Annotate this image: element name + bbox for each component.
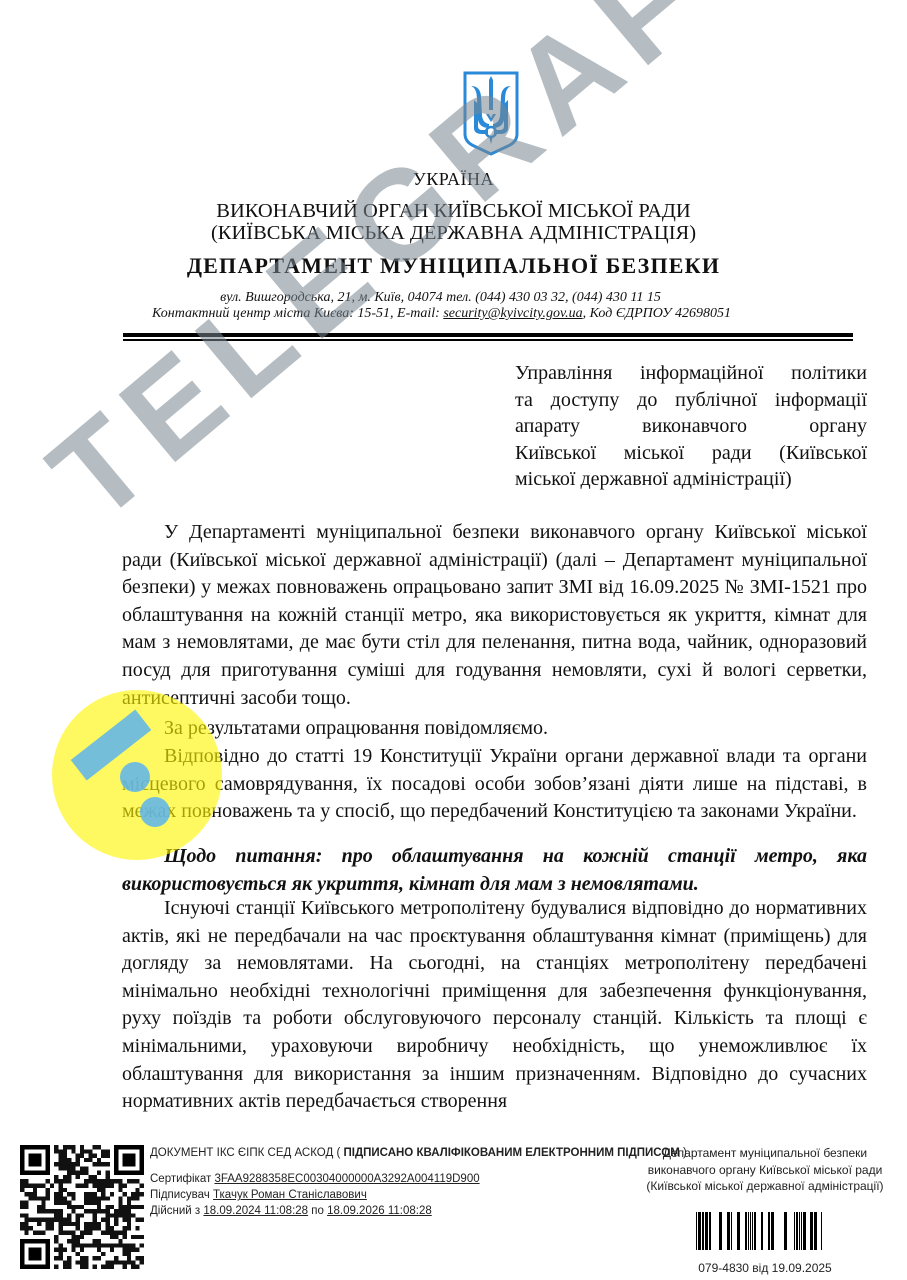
letter-page: УКРАЇНА ВИКОНАВЧИЙ ОРГАН КИЇВСЬКОЇ МІСЬК… <box>0 0 907 1280</box>
paragraph-text: За результатами опрацювання повідомляємо… <box>122 715 867 743</box>
registration-number: 079-4830 від 19.09.2025 <box>645 1261 885 1275</box>
header-divider-thin <box>123 339 853 341</box>
department-name: ДЕПАРТАМЕНТ МУНІЦИПАЛЬНОЇ БЕЗПЕКИ <box>0 253 907 279</box>
signer-name: Ткачук Роман Станіславович <box>213 1189 367 1201</box>
barcode-icon <box>696 1212 832 1250</box>
valid-to: 18.09.2026 11:08:28 <box>327 1205 432 1217</box>
certificate-row: Сертифікат 3FAA9288358EC00304000000A3292… <box>150 1171 687 1187</box>
paragraph-result: За результатами опрацювання повідомляємо… <box>122 715 867 743</box>
paragraph-text: У Департаменті муніципальної безпеки вик… <box>122 519 867 712</box>
email-link[interactable]: security@kyivcity.gov.ua <box>443 306 582 321</box>
paragraph-text: Існуючі станції Київського метрополітену… <box>122 895 867 1116</box>
paragraph-constitution: Відповідно до статті 19 Конституції Укра… <box>122 743 867 826</box>
paragraph-text: Щодо питання: про облаштування на кожній… <box>122 843 867 898</box>
paragraph-answer: Існуючі станції Київського метрополітену… <box>122 895 867 1116</box>
paragraph-request: У Департаменті муніципальної безпеки вик… <box>122 519 867 712</box>
paragraph-text: Відповідно до статті 19 Конституції Укра… <box>122 743 867 826</box>
addressee-line: міської державної адміністрації) <box>515 466 867 493</box>
signer-row: Підписувач Ткачук Роман Станіславович <box>150 1187 687 1203</box>
department-contacts: Контактний центр міста Києва: 15-51, E-m… <box>0 306 895 322</box>
country-name: УКРАЇНА <box>0 169 907 190</box>
addressee-line: та доступу до публічної інформації <box>515 387 867 414</box>
contact-prefix: Контактний центр міста Києва: 15-51, E-m… <box>152 306 443 321</box>
header-divider-thick <box>123 333 853 337</box>
qr-code-icon <box>20 1145 144 1269</box>
validity-row: Дійсний з 18.09.2024 11:08:28 по 18.09.2… <box>150 1203 687 1219</box>
ukraine-trident-icon <box>462 70 520 156</box>
department-address: вул. Вишгородська, 21, м. Київ, 04074 те… <box>0 290 894 306</box>
addressee-line: Управління інформаційної політики <box>515 360 867 387</box>
certificate-id: 3FAA9288358EC00304000000A3292A004119D900 <box>214 1173 479 1185</box>
contact-suffix: , Код ЄДРПОУ 42698051 <box>583 306 731 321</box>
addressee-line: апарату виконавчого органу <box>515 413 867 440</box>
signature-title: ДОКУМЕНТ ІКС ЄІПК СЕД АСКОД ( ПІДПИСАНО … <box>150 1145 687 1162</box>
valid-from: 18.09.2024 11:08:28 <box>203 1205 308 1217</box>
organization-line-2: (КИЇВСЬКА МІСЬКА ДЕРЖАВНА АДМІНІСТРАЦІЯ) <box>0 222 907 245</box>
organization-line-1: ВИКОНАВЧИЙ ОРГАН КИЇВСЬКОЇ МІСЬКОЇ РАДИ <box>0 200 907 223</box>
paragraph-question-heading: Щодо питання: про облаштування на кожній… <box>122 843 867 898</box>
addressee-line: Київської міської ради (Київської <box>515 440 867 467</box>
e-signature-block: ДОКУМЕНТ ІКС ЄІПК СЕД АСКОД ( ПІДПИСАНО … <box>150 1145 687 1219</box>
addressee-block: Управління інформаційної політики та дос… <box>515 360 867 493</box>
registration-org: Департамент муніципальної безпеки викона… <box>645 1145 885 1195</box>
